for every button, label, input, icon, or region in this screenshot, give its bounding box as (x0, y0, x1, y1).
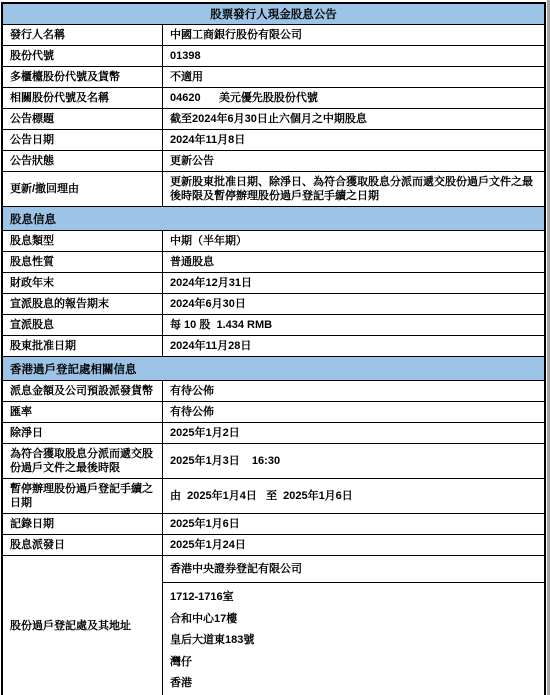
registrar-cells: 香港中央證券登記有限公司1712-1716室合和中心17樓皇后大道東183號灣仔… (163, 556, 544, 695)
row-value: 更新股東批准日期、除淨日、為符合獲取股息分派而遞交股份過戶文件之最後時限及暫停辦… (163, 172, 544, 206)
row-label: 派息金額及公司預設派發貨幣 (3, 381, 163, 401)
row-label: 相關股份代號及名稱 (3, 88, 163, 108)
table-row: 公告日期2024年11月8日 (3, 129, 544, 150)
text-line: 香港 (170, 673, 538, 695)
registrar-name: 香港中央證券登記有限公司 (163, 556, 544, 582)
announcement-table: 股票發行人現金股息公告發行人名稱中國工商銀行股份有限公司股份代號01398多櫃檯… (1, 2, 546, 695)
row-label: 財政年末 (3, 273, 163, 293)
registrar-address: 1712-1716室合和中心17樓皇后大道東183號灣仔香港 (163, 582, 544, 695)
table-row: 記錄日期2025年1月6日 (3, 513, 544, 534)
row-value: 2024年11月8日 (163, 130, 544, 150)
row-value: 2024年6月30日 (163, 294, 544, 314)
table-row: 匯率有待公佈 (3, 401, 544, 422)
row-label: 宣派股息的報告期末 (3, 294, 163, 314)
row-label: 宣派股息 (3, 315, 163, 335)
row-value: 01398 (163, 46, 544, 66)
table-row: 財政年末2024年12月31日 (3, 272, 544, 293)
row-label: 公告狀態 (3, 151, 163, 171)
row-value: 有待公佈 (163, 381, 544, 401)
row-label: 股息性質 (3, 252, 163, 272)
row-label: 除淨日 (3, 423, 163, 443)
row-label: 更新/撤回理由 (3, 172, 163, 206)
row-value: 2025年1月24日 (163, 535, 544, 555)
row-label: 股息類型 (3, 231, 163, 251)
table-row: 公告標題截至2024年6月30日止六個月之中期股息 (3, 108, 544, 129)
page: 股票發行人現金股息公告發行人名稱中國工商銀行股份有限公司股份代號01398多櫃檯… (0, 0, 550, 695)
row-value: 不適用 (163, 67, 544, 87)
row-label: 股份過戶登記處及其地址 (3, 556, 163, 695)
row-value: 2025年1月6日 (163, 514, 544, 534)
row-value: 中國工商銀行股份有限公司 (163, 25, 544, 45)
row-label: 股份代號 (3, 46, 163, 66)
table-row: 股東批准日期2024年11月28日 (3, 335, 544, 356)
row-value: 由 2025年1月4日 至 2025年1月6日 (163, 479, 544, 513)
row-value: 有待公佈 (163, 402, 544, 422)
table-row: 股份代號01398 (3, 45, 544, 66)
row-label: 公告日期 (3, 130, 163, 150)
text-line: 合和中心17樓 (170, 609, 538, 631)
table-row: 除淨日2025年1月2日 (3, 422, 544, 443)
row-label: 公告標題 (3, 109, 163, 129)
table-row: 股息類型中期（半年期） (3, 230, 544, 251)
row-value: 更新公告 (163, 151, 544, 171)
row-label: 多櫃檯股份代號及貨幣 (3, 67, 163, 87)
table-row-registrar: 股份過戶登記處及其地址香港中央證券登記有限公司1712-1716室合和中心17樓… (3, 555, 544, 695)
row-value: 04620 美元優先股股份代號 (163, 88, 544, 108)
table-row: 多櫃檯股份代號及貨幣不適用 (3, 66, 544, 87)
table-row: 為符合獲取股息分派而遞交股份過戶文件之最後時限2025年1月3日 16:30 (3, 443, 544, 478)
table-row: 發行人名稱中國工商銀行股份有限公司 (3, 24, 544, 45)
row-value: 2025年1月3日 16:30 (163, 444, 544, 478)
row-value: 截至2024年6月30日止六個月之中期股息 (163, 109, 544, 129)
row-label: 記錄日期 (3, 514, 163, 534)
row-label: 暫停辦理股份過戶登記手續之日期 (3, 479, 163, 513)
row-label: 匯率 (3, 402, 163, 422)
row-value: 2025年1月2日 (163, 423, 544, 443)
table-row: 暫停辦理股份過戶登記手續之日期由 2025年1月4日 至 2025年1月6日 (3, 478, 544, 513)
table-row: 公告狀態更新公告 (3, 150, 544, 171)
row-value: 2024年12月31日 (163, 273, 544, 293)
row-label: 發行人名稱 (3, 25, 163, 45)
row-label: 為符合獲取股息分派而遞交股份過戶文件之最後時限 (3, 444, 163, 478)
table-row: 股息派發日2025年1月24日 (3, 534, 544, 555)
section-header: 香港過戶登記處相關信息 (3, 356, 544, 380)
table-row: 相關股份代號及名稱04620 美元優先股股份代號 (3, 87, 544, 108)
table-row: 宣派股息的報告期末2024年6月30日 (3, 293, 544, 314)
row-label: 股息派發日 (3, 535, 163, 555)
table-row: 股息性質普通股息 (3, 251, 544, 272)
table-row: 派息金額及公司預設派發貨幣有待公佈 (3, 380, 544, 401)
row-value: 每 10 股 1.434 RMB (163, 315, 544, 335)
text-line: 灣仔 (170, 652, 538, 674)
table-title: 股票發行人現金股息公告 (3, 4, 544, 24)
section-header: 股息信息 (3, 206, 544, 230)
row-label: 股東批准日期 (3, 336, 163, 356)
text-line: 香港中央證券登記有限公司 (170, 562, 538, 576)
row-value: 中期（半年期） (163, 231, 544, 251)
row-value: 普通股息 (163, 252, 544, 272)
table-row: 更新/撤回理由更新股東批准日期、除淨日、為符合獲取股息分派而遞交股份過戶文件之最… (3, 171, 544, 206)
text-line: 皇后大道東183號 (170, 630, 538, 652)
row-value: 2024年11月28日 (163, 336, 544, 356)
table-row: 宣派股息每 10 股 1.434 RMB (3, 314, 544, 335)
text-line: 1712-1716室 (170, 587, 538, 609)
